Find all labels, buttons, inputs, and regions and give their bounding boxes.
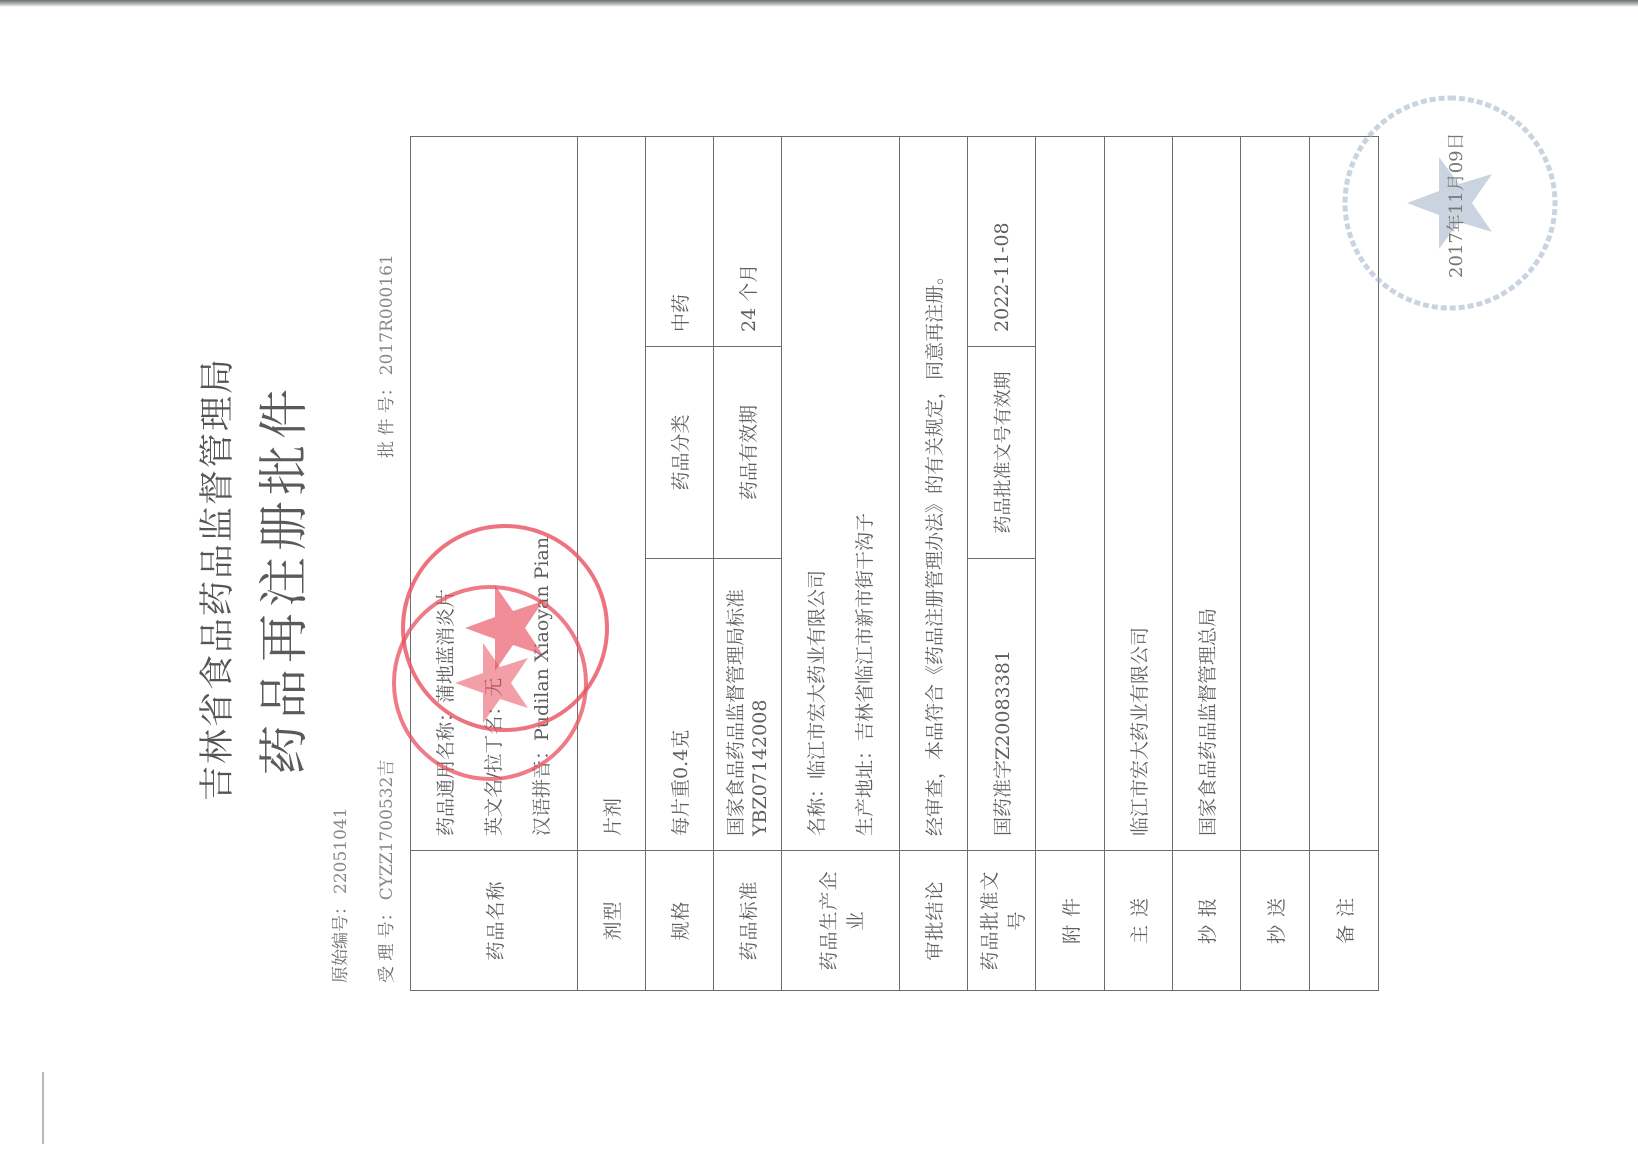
issuing-authority: 吉林省食品药品监督管理局 bbox=[190, 0, 240, 1158]
report-to-label: 抄 报 bbox=[1173, 851, 1241, 991]
copy-to-value bbox=[1241, 136, 1310, 850]
acceptance-number: 受 理 号：CYZZ1700532吉 bbox=[372, 760, 397, 983]
copy-to-label: 抄 送 bbox=[1241, 851, 1310, 991]
table-row-report-to: 抄 报 国家食品药品监督管理总局 bbox=[1173, 136, 1241, 990]
attachment-value bbox=[1036, 136, 1105, 850]
remarks-label: 备 注 bbox=[1310, 851, 1379, 991]
manufacturer-name: 名称：临江市宏大药业有限公司 bbox=[793, 151, 841, 836]
table-row-dosage-form: 剂型 片剂 bbox=[578, 136, 646, 990]
shelf-life-value: 24 个月 bbox=[714, 136, 782, 346]
table-row-copy-to: 抄 送 bbox=[1241, 136, 1310, 990]
manufacturer-name-value: 临江市宏大药业有限公司 bbox=[806, 570, 828, 779]
classification-value: 中药 bbox=[646, 136, 714, 346]
standard-code: YBZ07142008 bbox=[748, 573, 772, 836]
table-row-standard: 药品标准 国家食品药品监督管理局标准 YBZ07142008 药品有效期 24 … bbox=[714, 136, 782, 990]
english-name-label: 英文名/拉丁名： bbox=[483, 697, 505, 836]
manufacturer-label: 药品生产企业 bbox=[782, 851, 900, 991]
approval-number-value: 2017R000161 bbox=[377, 254, 397, 375]
generic-name: 药品通用名称：蒲地蓝消炎片 bbox=[422, 151, 470, 836]
pinyin-value: Pudilan Xiaoyan Pian bbox=[531, 537, 553, 741]
classification-label: 药品分类 bbox=[646, 347, 714, 559]
acceptance-number-label: 受 理 号： bbox=[377, 904, 397, 983]
approval-document-number: 批 件 号：2017R000161 bbox=[372, 254, 397, 458]
main-recipient-label: 主 送 bbox=[1105, 851, 1173, 991]
standard-label: 药品标准 bbox=[714, 851, 782, 991]
remarks-value bbox=[1310, 136, 1379, 850]
generic-name-label: 药品通用名称： bbox=[435, 703, 457, 836]
manufacturer-name-label: 名称： bbox=[806, 779, 828, 836]
manufacturer-address: 生产地址：吉林省临江市新市街干沟子 bbox=[841, 151, 889, 836]
table-row-conclusion: 审批结论 经审查，本品符合《药品注册管理办法》的有关规定，同意再注册。 bbox=[900, 136, 968, 990]
original-number: 原始编号：22051041 bbox=[326, 807, 351, 983]
shelf-life-label: 药品有效期 bbox=[714, 347, 782, 559]
specification-label: 规格 bbox=[646, 851, 714, 991]
approval-number-label: 药品批准文号 bbox=[968, 851, 1036, 991]
table-row-approval-number: 药品批准文号 国药准字Z20083381 药品批准文号有效期 2022-11-0… bbox=[968, 136, 1036, 990]
approval-document-page: 吉林省食品药品监督管理局 药品再注册批件 原始编号：22051041 受 理 号… bbox=[0, 0, 1638, 1158]
attachment-label: 附 件 bbox=[1036, 851, 1105, 991]
registration-table: 药品名称 药品通用名称：蒲地蓝消炎片 英文名/拉丁名：无 汉语拼音：Pudila… bbox=[410, 136, 1379, 991]
pinyin-label: 汉语拼音： bbox=[531, 741, 553, 836]
dosage-form-label: 剂型 bbox=[578, 851, 646, 991]
table-row-specification: 规格 每片重0.4克 药品分类 中药 bbox=[646, 136, 714, 990]
table-row-main-recipient: 主 送 临江市宏大药业有限公司 bbox=[1105, 136, 1173, 990]
english-name: 英文名/拉丁名：无 bbox=[470, 151, 518, 836]
drug-name-cell: 药品通用名称：蒲地蓝消炎片 英文名/拉丁名：无 汉语拼音：Pudilan Xia… bbox=[411, 136, 578, 850]
table-row-remarks: 备 注 bbox=[1310, 136, 1379, 990]
drug-name-label: 药品名称 bbox=[411, 851, 578, 991]
report-to-value: 国家食品药品监督管理总局 bbox=[1173, 136, 1241, 850]
standard-value: 国家食品药品监督管理局标准 YBZ07142008 bbox=[714, 559, 782, 851]
table-row-manufacturer: 药品生产企业 名称：临江市宏大药业有限公司 生产地址：吉林省临江市新市街干沟子 bbox=[782, 136, 900, 990]
generic-name-value: 蒲地蓝消炎片 bbox=[435, 589, 457, 703]
document-title: 药品再注册批件 bbox=[244, 0, 316, 1158]
approval-validity-label: 药品批准文号有效期 bbox=[968, 347, 1036, 559]
approval-number-label: 批 件 号： bbox=[377, 379, 397, 458]
issue-date: 2017年11月09日 bbox=[1442, 132, 1468, 278]
approval-number-value: 国药准字Z20083381 bbox=[968, 559, 1036, 851]
manufacturer-address-value: 吉林省临江市新市街干沟子 bbox=[854, 513, 876, 741]
original-number-value: 22051041 bbox=[331, 807, 351, 894]
specification-value: 每片重0.4克 bbox=[646, 559, 714, 851]
acceptance-number-value: CYZZ1700532吉 bbox=[377, 760, 397, 901]
approval-validity-value: 2022-11-08 bbox=[968, 136, 1036, 346]
manufacturer-address-label: 生产地址： bbox=[854, 741, 876, 836]
table-row-attachment: 附 件 bbox=[1036, 136, 1105, 990]
pinyin-name: 汉语拼音：Pudilan Xiaoyan Pian bbox=[518, 151, 566, 836]
manufacturer-cell: 名称：临江市宏大药业有限公司 生产地址：吉林省临江市新市街干沟子 bbox=[782, 136, 900, 850]
english-name-value: 无 bbox=[483, 678, 505, 697]
dosage-form-value: 片剂 bbox=[578, 136, 646, 850]
standard-name: 国家食品药品监督管理局标准 bbox=[724, 573, 748, 836]
conclusion-value: 经审查，本品符合《药品注册管理办法》的有关规定，同意再注册。 bbox=[900, 136, 968, 850]
original-number-label: 原始编号： bbox=[331, 898, 351, 983]
main-recipient-value: 临江市宏大药业有限公司 bbox=[1105, 136, 1173, 850]
table-row-drug-name: 药品名称 药品通用名称：蒲地蓝消炎片 英文名/拉丁名：无 汉语拼音：Pudila… bbox=[411, 136, 578, 990]
conclusion-label: 审批结论 bbox=[900, 851, 968, 991]
